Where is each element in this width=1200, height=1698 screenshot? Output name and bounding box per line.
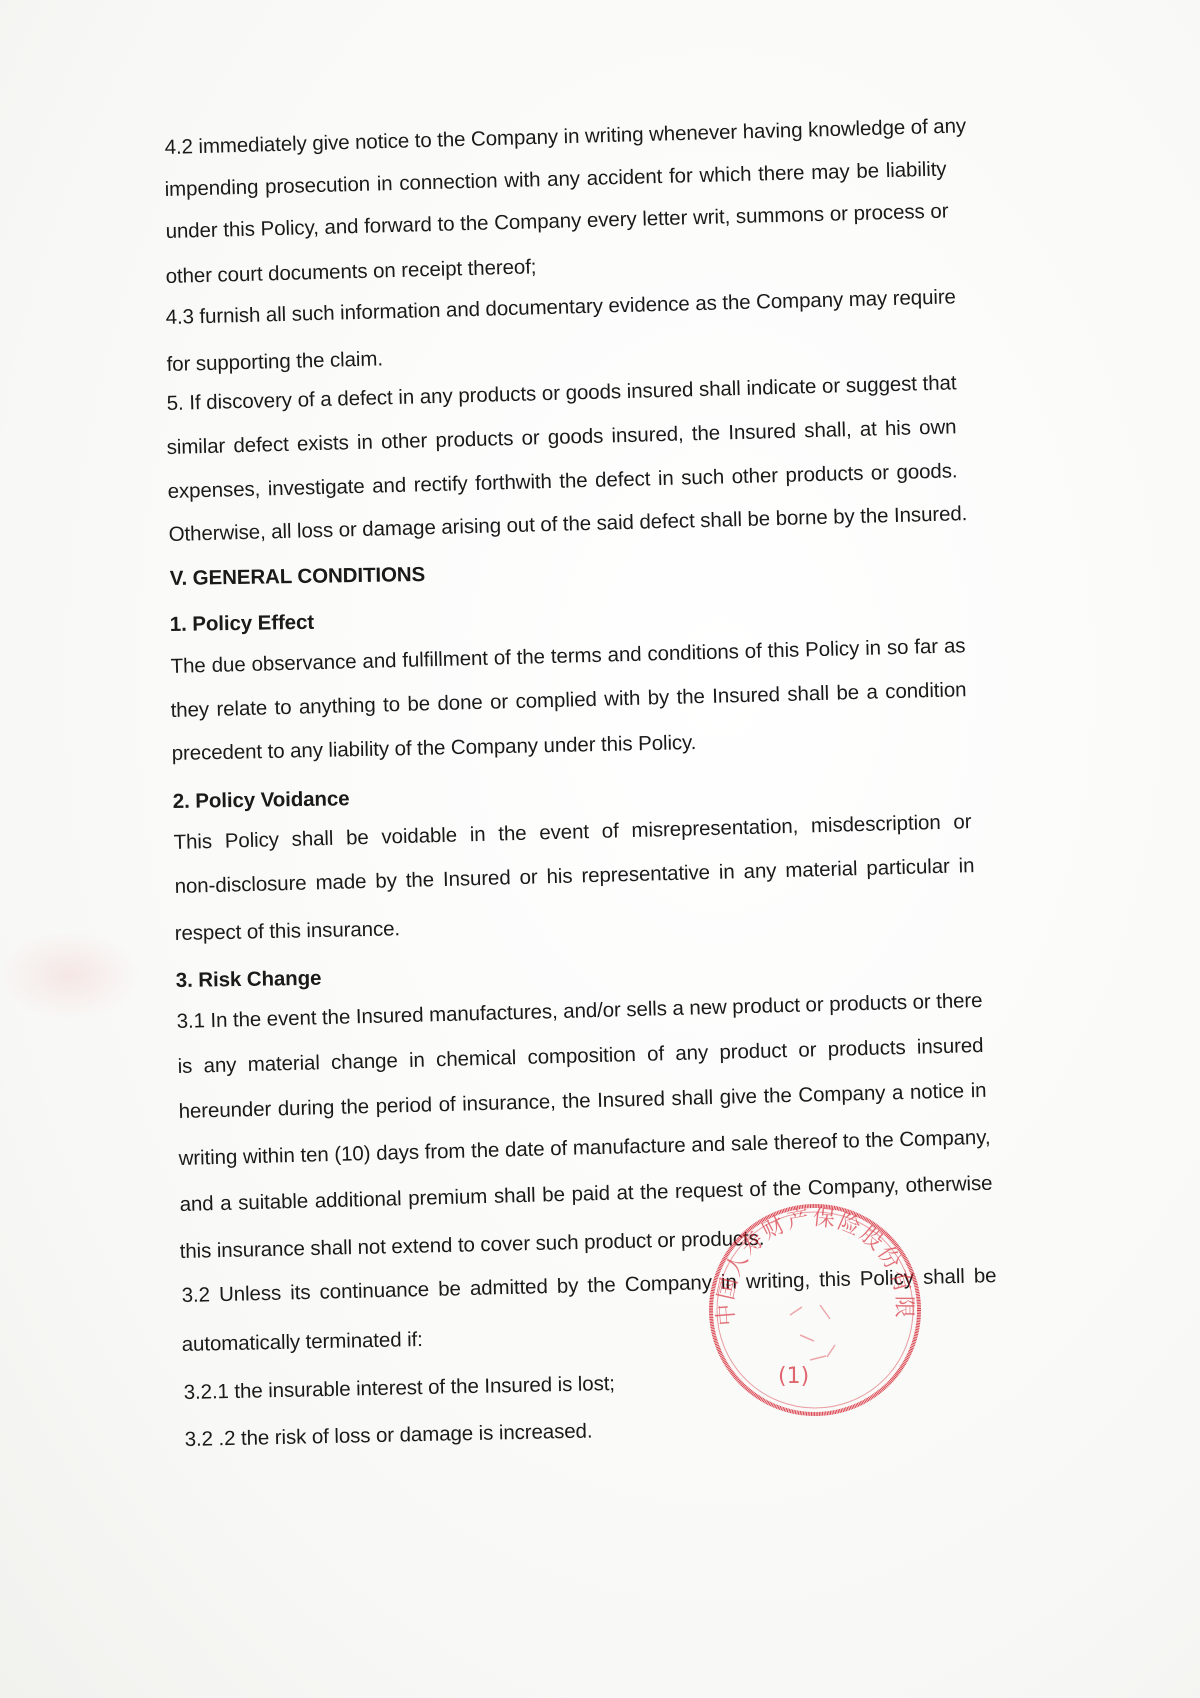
heading-risk-change: 3. Risk Change bbox=[176, 967, 322, 993]
risk-change-3-1-line-2: is any material change in chemical compo… bbox=[177, 1034, 983, 1079]
paragraph-4-2-line-2: impending prosecution in connection with… bbox=[164, 158, 946, 202]
policy-voidance-line-3: respect of this insurance. bbox=[174, 917, 400, 946]
section-heading-general-conditions: V. GENERAL CONDITIONS bbox=[170, 563, 426, 591]
heading-policy-voidance: 2. Policy Voidance bbox=[173, 787, 350, 814]
policy-effect-line-3: precedent to any liability of the Compan… bbox=[171, 731, 696, 766]
paragraph-5-line-2: similar defect exists in other products … bbox=[166, 415, 956, 460]
paragraph-4-3-line-1: 4.3 furnish all such information and doc… bbox=[165, 285, 952, 330]
paragraph-4-3-line-2: for supporting the claim. bbox=[166, 347, 383, 377]
risk-change-3-1-line-3: hereunder during the period of insurance… bbox=[178, 1079, 986, 1124]
svg-text:(1): (1) bbox=[778, 1364, 809, 1389]
risk-change-3-2-line-2: automatically terminated if: bbox=[181, 1328, 422, 1357]
risk-change-3-1-line-1: 3.1 In the event the Insured manufacture… bbox=[176, 989, 982, 1034]
risk-change-3-1-line-6: this insurance shall not extend to cover… bbox=[179, 1227, 764, 1264]
paragraph-5-line-1: 5. If discovery of a defect in any produ… bbox=[166, 371, 956, 416]
policy-voidance-line-2: non-disclosure made by the Insured or hi… bbox=[174, 854, 974, 899]
paragraph-4-2-line-1: 4.2 immediately give notice to the Compa… bbox=[164, 115, 944, 160]
policy-effect-line-1: The due observance and fulfillment of th… bbox=[170, 634, 965, 679]
paragraph-4-2-line-3: under this Policy, and forward to the Co… bbox=[165, 200, 948, 244]
risk-change-3-2-2: 3.2 .2 the risk of loss or damage is inc… bbox=[184, 1419, 592, 1452]
risk-change-3-1-line-4: writing within ten (10) days from the da… bbox=[178, 1126, 990, 1171]
company-seal-icon: 中国人寿财产保险股份有限公司 (1) bbox=[700, 1195, 930, 1425]
red-smudge bbox=[0, 930, 140, 1020]
paragraph-5-line-3: expenses, investigate and rectify forthw… bbox=[167, 459, 957, 504]
policy-effect-line-2: they relate to anything to be done or co… bbox=[170, 678, 966, 723]
policy-voidance-line-1: This Policy shall be voidable in the eve… bbox=[173, 810, 971, 855]
paragraph-5-line-4: Otherwise, all loss or damage arising ou… bbox=[168, 502, 952, 547]
risk-change-3-2-1: 3.2.1 the insurable interest of the Insu… bbox=[183, 1372, 615, 1405]
paragraph-4-2-line-4: other court documents on receipt thereof… bbox=[165, 255, 536, 289]
document-page: 4.2 immediately give notice to the Compa… bbox=[0, 0, 1200, 1698]
svg-text:中国人寿财产保险股份有限公司: 中国人寿财产保险股份有限公司 bbox=[700, 1195, 916, 1327]
heading-policy-effect: 1. Policy Effect bbox=[170, 611, 315, 637]
